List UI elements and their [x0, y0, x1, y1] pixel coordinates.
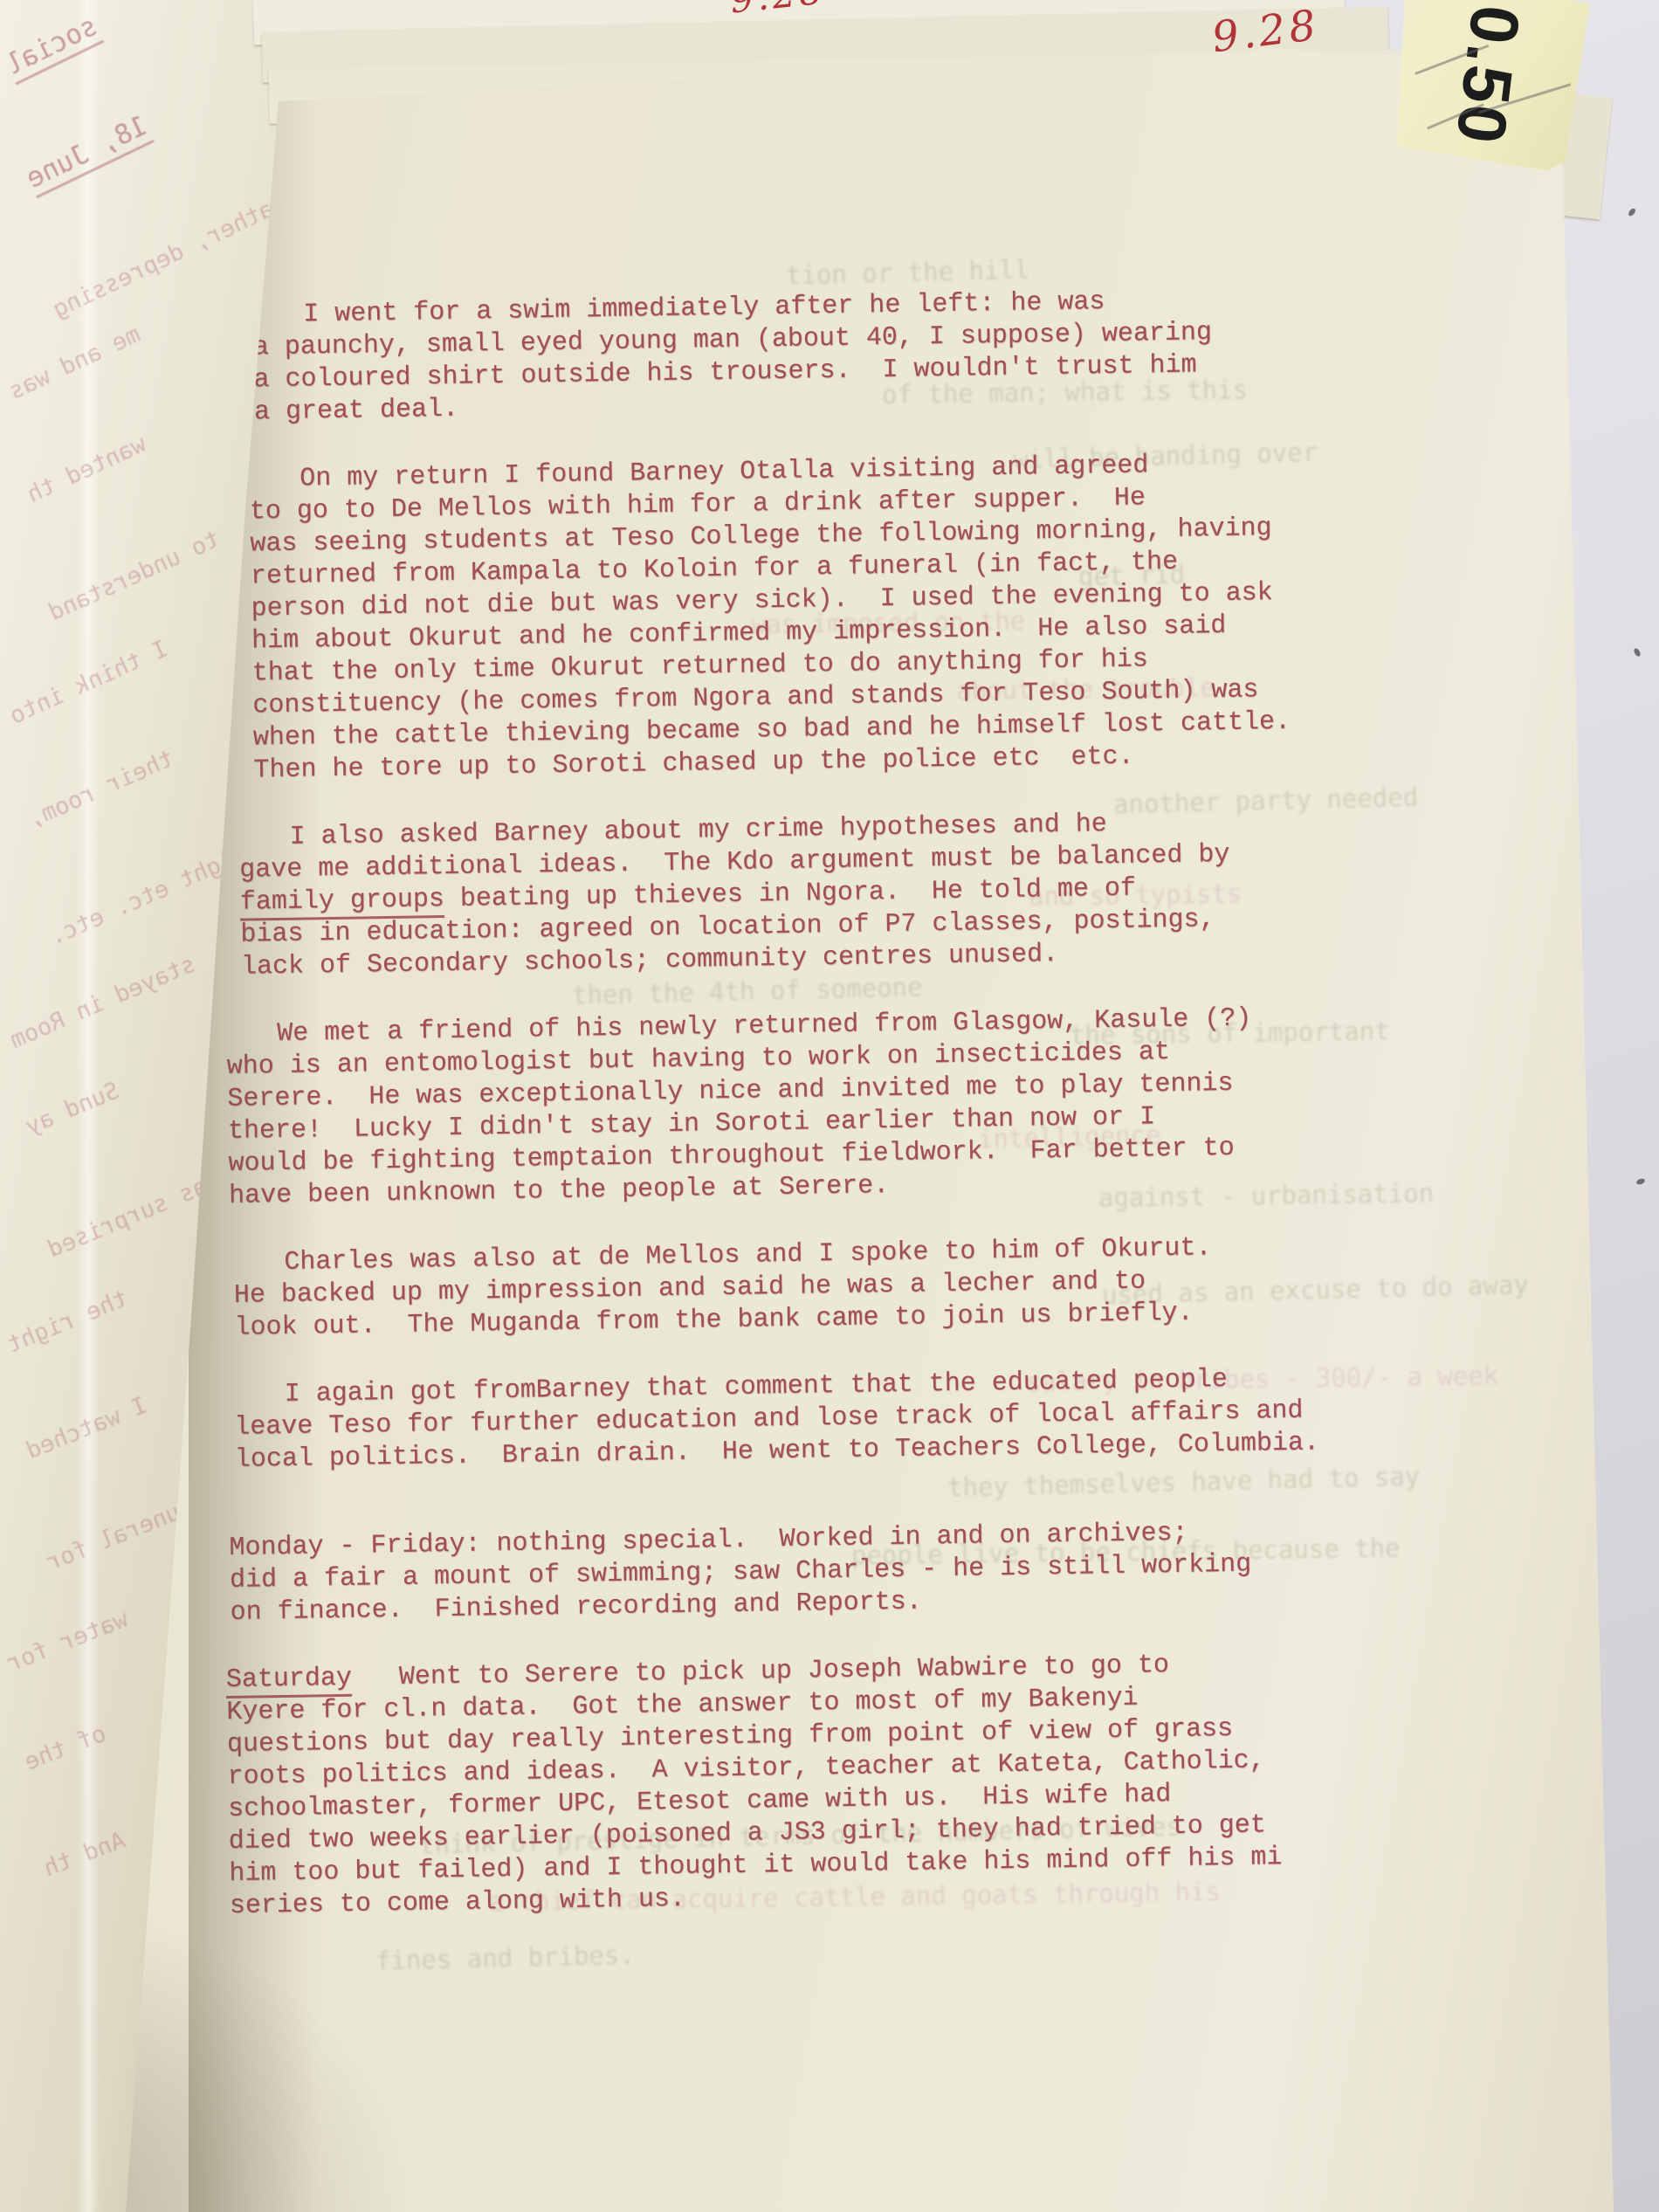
mirrored-text-fragment: Sund ay	[21, 1077, 123, 1140]
typed-paragraph: I also asked Barney about my crime hypot…	[238, 803, 1523, 984]
mirrored-text-fragment: the right	[3, 1285, 132, 1358]
document-photo: social18, Junerather, depressingme and w…	[0, 0, 1659, 2212]
dust-speck	[1635, 1177, 1645, 1185]
mirrored-text-fragment: me and was	[4, 320, 144, 405]
typed-text-block: I went for a swim immediately after he l…	[203, 280, 1538, 1923]
price-sticker: 0.50	[1386, 0, 1591, 173]
dust-speck	[1627, 207, 1636, 217]
typed-paragraph: I again got fromBarney that comment that…	[233, 1360, 1531, 1477]
dust-speck	[1633, 647, 1642, 658]
typed-paragraph: On my return I found Barney Otalla visit…	[249, 444, 1520, 788]
mirrored-text-fragment: to understand	[45, 526, 224, 627]
typed-paragraph: We met a friend of his newly returned fr…	[226, 999, 1526, 1213]
typed-paragraph: Monday - Friday: nothing special. Worked…	[229, 1513, 1533, 1630]
price-sticker-label: 0.50	[1440, 1, 1536, 149]
mirrored-text-fragment: stayed in Room	[6, 950, 199, 1053]
mirrored-text-fragment: their room,	[24, 745, 177, 833]
bleedthrough-fragment: tion or the hill	[786, 255, 1030, 291]
mirrored-text-fragment: water for	[3, 1605, 131, 1677]
typed-paragraph: Charles was also at de Mellos and I spok…	[233, 1228, 1529, 1345]
typed-paragraph: I went for a swim immediately after he l…	[252, 280, 1514, 430]
